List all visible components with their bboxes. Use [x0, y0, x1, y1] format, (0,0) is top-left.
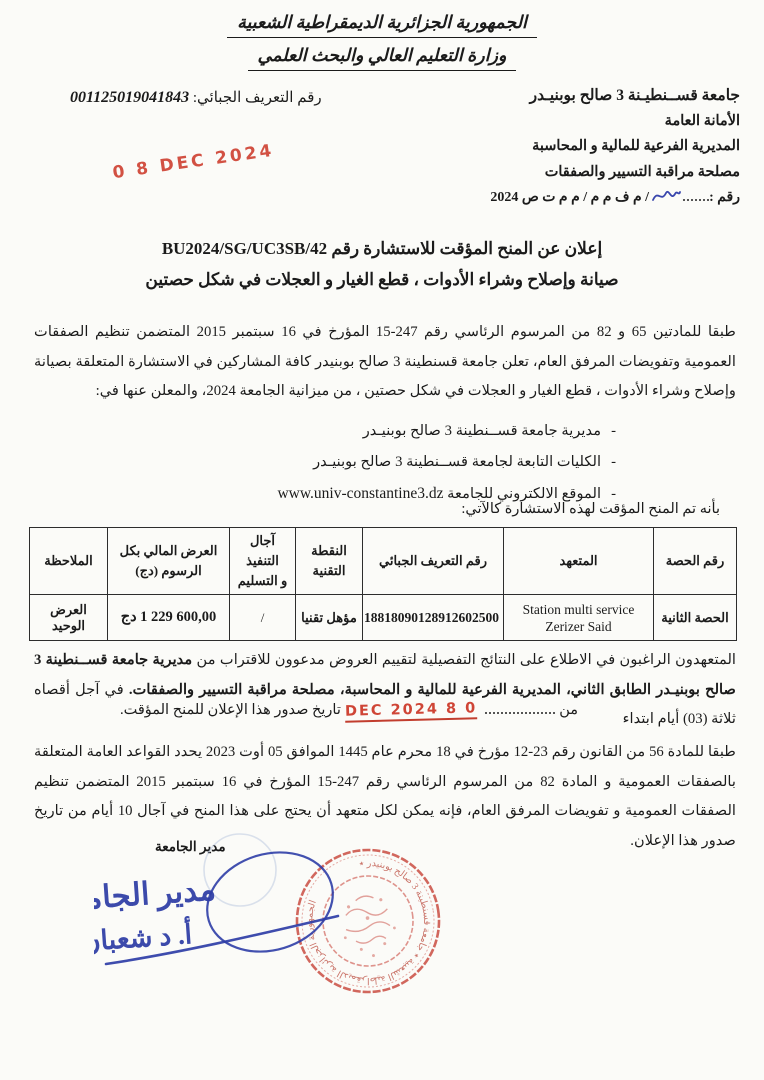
publication-places-list: -مديرية جامعة قســنطينة 3 صالح بوبنيـدر …	[34, 416, 736, 510]
col-execution-deadline: آجال التنفيذ و التسليم	[230, 528, 296, 595]
dash-bullet: -	[611, 447, 616, 478]
col-remark: الملاحظة	[30, 528, 108, 595]
col-contractor: المتعهد	[504, 528, 654, 595]
cell-tax-id: 18818090128912602500	[363, 595, 504, 641]
announcement-title: إعلان عن المنح المؤقت للاستشارة رقم BU20…	[0, 233, 764, 295]
cell-contractor: Station multi service Zerizer Said	[504, 595, 654, 641]
table-header-row: رقم الحصة المتعهد رقم التعريف الجبائي ال…	[30, 528, 737, 595]
award-intro-line: بأنه تم المنح المؤقت لهذه الاستشارة كالآ…	[461, 501, 720, 518]
dash-bullet: -	[611, 416, 616, 447]
table-row: الحصة الثانية Station multi service Zeri…	[30, 595, 737, 641]
publication-date-stamp: 0 8 DEC 2024	[345, 700, 478, 722]
country-title: الجمهورية الجزائرية الديمقراطية الشعبية	[227, 12, 537, 38]
col-financial-offer: العرض المالي بكل الرسوم (دج)	[108, 528, 230, 595]
deadline-start-line: من0 8 DEC 2024تاريخ صدور هذا الإعلان للم…	[34, 702, 736, 721]
currency-label: دج	[121, 609, 137, 625]
handwritten-number-scribble	[651, 187, 681, 215]
list-item: -الكليات التابعة لجامعة قســنطينة 3 صالح…	[34, 447, 616, 478]
cell-technical-score: مؤهل تقنيا	[296, 595, 363, 641]
university-name: جامعة قســنطيـنة 3 صالح بوبنيـدر	[410, 83, 740, 109]
director-signature-stamp: مدير الجامعة أ. د شعبان بعيطيش	[94, 826, 424, 999]
stamp-director-text: مدير الجامعة	[94, 871, 217, 919]
letterhead: الجمهورية الجزائرية الديمقراطية الشعبية …	[0, 12, 764, 71]
issuing-organization-block: جامعة قســنطيـنة 3 صالح بوبنيـدر الأمانة…	[410, 83, 740, 215]
general-secretariat: الأمانة العامة	[410, 109, 740, 135]
col-technical-score: النقطة التقنية	[296, 528, 363, 595]
col-tax-id: رقم التعريف الجبائي	[363, 528, 504, 595]
tax-id-number: 001125019041843	[70, 89, 189, 106]
tax-id-line: رقم التعريف الجبائي: 001125019041843	[70, 88, 322, 107]
dotted-line	[485, 705, 555, 714]
procurement-service: مصلحة مراقبة التسيير والصفقات	[410, 160, 740, 186]
university-website-url: www.univ-constantine3.dz	[277, 485, 443, 502]
ministry-title: وزارة التعليم العالي والبحث العلمي	[248, 45, 517, 71]
stamp-ellipse	[195, 837, 345, 966]
reference-number-line: رقم :/ م ف م م / م م ت ص 2024	[410, 185, 740, 215]
cell-deadline: /	[230, 595, 296, 641]
finance-directorate: المديرية الفرعية للمالية و المحاسبة	[410, 134, 740, 160]
tax-id-label: رقم التعريف الجبائي:	[193, 90, 322, 106]
col-lot-number: رقم الحصة	[654, 528, 737, 595]
list-item: -مديرية جامعة قســنطينة 3 صالح بوبنيـدر	[34, 416, 616, 447]
cell-remark: العرض الوحيد	[30, 595, 108, 641]
dotted-line	[683, 191, 709, 201]
title-line-1: إعلان عن المنح المؤقت للاستشارة رقم BU20…	[0, 233, 764, 264]
award-table: رقم الحصة المتعهد رقم التعريف الجبائي ال…	[29, 527, 736, 641]
document-page: { "header": { "line1": "الجمهورية الجزائ…	[0, 0, 764, 1080]
cell-lot-number: الحصة الثانية	[654, 595, 737, 641]
cell-financial-offer: 1 229 600,00 دج	[108, 595, 230, 641]
title-line-2: صيانة وإصلاح وشراء الأدوات ، قطع الغيار …	[0, 264, 764, 295]
received-date-stamp: 0 8 DEC 2024	[111, 141, 275, 183]
legal-basis-paragraph: طبقا للمادتين 65 و 82 من المرسوم الرئاسي…	[34, 318, 736, 407]
